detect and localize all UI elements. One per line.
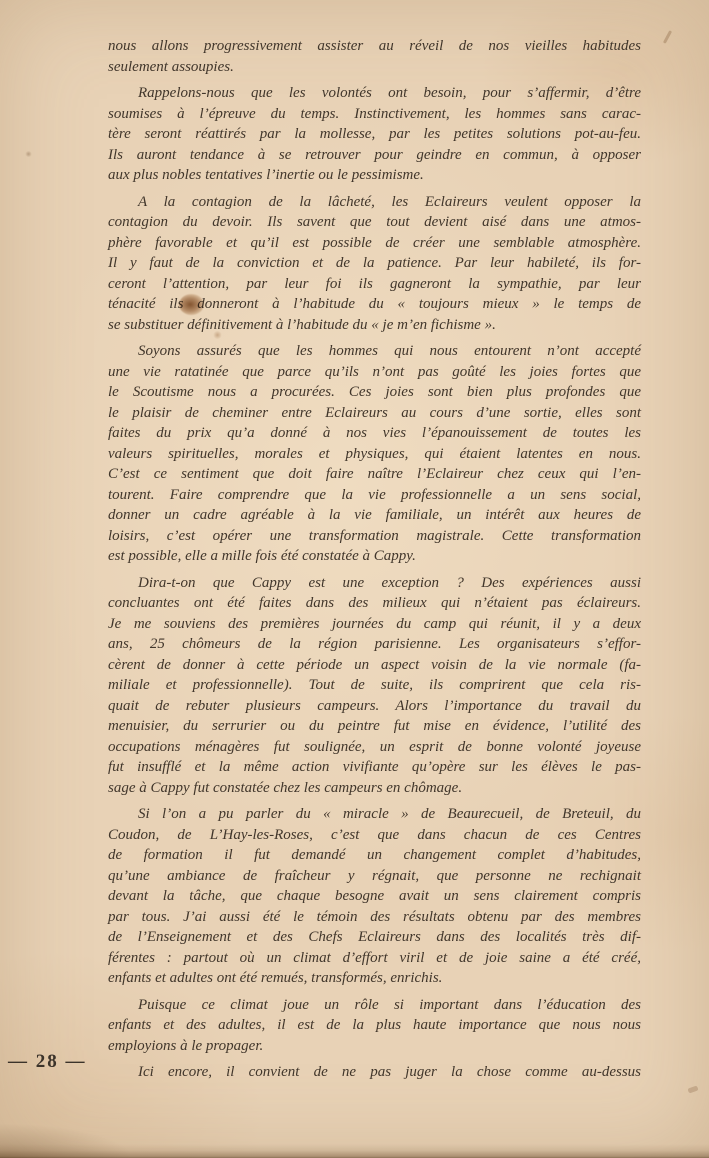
text-line: ceront l’attention, par leur foi ils gag… (108, 274, 641, 295)
paragraph: Rappelons-nous que les volontés ont beso… (108, 83, 641, 186)
text-line: contagion du devoir. Ils savent que tout… (108, 212, 641, 233)
text-line: de formation il fut demandé un changemen… (108, 845, 641, 866)
text-line: Puisque ce climat joue un rôle si import… (108, 995, 641, 1016)
page-number: — 28 — (8, 1051, 87, 1073)
paragraph: Dira-t-on que Cappy est une exception ? … (108, 573, 641, 799)
page-edge-shadow (0, 1144, 709, 1158)
text-line: Je me souviens des premières journées du… (108, 614, 641, 635)
text-line: férentes : partout où un climat d’effort… (108, 948, 641, 969)
text-line: le plaisir de cheminer entre Eclaireurs … (108, 403, 641, 424)
text-line: par tous. J’ai aussi été le témoin des r… (108, 907, 641, 928)
text-line: fut insufflé et la même action vivifiant… (108, 757, 641, 778)
text-line: Coudon, de L’Hay-les-Roses, c’est que da… (108, 825, 641, 846)
text-line: Ici encore, il convient de ne pas juger … (108, 1062, 641, 1083)
text-line: Ils auront tendance à se retrouver pour … (108, 145, 641, 166)
paragraph: Soyons assurés que les hommes qui nous e… (108, 341, 641, 567)
text-line: Soyons assurés que les hommes qui nous e… (108, 341, 641, 362)
text-line: cèrent de donner à cette période un aspe… (108, 655, 641, 676)
text-line: qu’une ambiance de fraîcheur y régnait, … (108, 866, 641, 887)
text-line: Si l’on a pu parler du « miracle » de Be… (108, 804, 641, 825)
text-line: le Scoutisme nous a procurées. Ces joies… (108, 382, 641, 403)
paper-speck (213, 331, 222, 339)
text-line: concluantes ont été faites dans des mili… (108, 593, 641, 614)
text-line: enfants et des adultes, il est de la plu… (108, 1015, 641, 1036)
text-line: menuisier, du serrurier ou du peintre fu… (108, 716, 641, 737)
text-line: nous allons progressivement assister au … (108, 36, 641, 57)
text-line: employions à le propager. (108, 1036, 641, 1057)
text-line: miliale et professionnelle). Tout de sui… (108, 675, 641, 696)
text-line: occupations ménagères fut soulignée, un … (108, 737, 641, 758)
text-line: A la contagion de la lâcheté, les Eclair… (108, 192, 641, 213)
text-line: tourent. Faire comprendre que la vie pro… (108, 485, 641, 506)
paragraph: nous allons progressivement assister au … (108, 36, 641, 77)
text-line: aux plus nobles tentatives l’inertie ou … (108, 165, 641, 186)
text-line: seulement assoupies. (108, 57, 641, 78)
text-line: Il y faut de la conviction et de la pati… (108, 253, 641, 274)
paragraph: Ici encore, il convient de ne pas juger … (108, 1062, 641, 1083)
text-line: une vie ratatinée que parce qu’ils n’ont… (108, 362, 641, 383)
text-line: donner un cadre agréable à la vie famili… (108, 505, 641, 526)
paragraph: Si l’on a pu parler du « miracle » de Be… (108, 804, 641, 989)
text-line: valeurs spirituelles, morales et physiqu… (108, 444, 641, 465)
book-page: nous allons progressivement assister au … (0, 0, 709, 1158)
paper-speck (663, 30, 672, 44)
text-line: est possible, elle a mille fois été cons… (108, 546, 641, 567)
text-line: C’est ce sentiment que doit faire naître… (108, 464, 641, 485)
text-line: sage à Cappy fut constatée chez les camp… (108, 778, 641, 799)
text-line: phère favorable et qu’il est possible de… (108, 233, 641, 254)
text-line: de l’Enseignement et des Chefs Eclaireur… (108, 927, 641, 948)
text-line: loisirs, c’est opérer une transformation… (108, 526, 641, 547)
paragraph: Puisque ce climat joue un rôle si import… (108, 995, 641, 1057)
text-line: enfants et adultes ont été remués, trans… (108, 968, 641, 989)
page-text: nous allons progressivement assister au … (108, 36, 641, 1089)
text-line: faites du prix qu’a donné à nos vies l’é… (108, 423, 641, 444)
text-line: tère seront réattirés par la mollesse, p… (108, 124, 641, 145)
text-line: se substituer définitivement à l’habitud… (108, 315, 641, 336)
text-line: ans, 25 chômeurs de la région parisienne… (108, 634, 641, 655)
ink-stain (179, 294, 204, 315)
text-line: Rappelons-nous que les volontés ont beso… (108, 83, 641, 104)
paper-speck (25, 151, 32, 157)
text-line: quait de rebuter plusieurs campeurs. Alo… (108, 696, 641, 717)
text-line: soumises à l’épreuve du temps. Instincti… (108, 104, 641, 125)
paper-speck (687, 1085, 698, 1093)
text-line: Dira-t-on que Cappy est une exception ? … (108, 573, 641, 594)
text-line: devant la tâche, que chaque besogne avai… (108, 886, 641, 907)
